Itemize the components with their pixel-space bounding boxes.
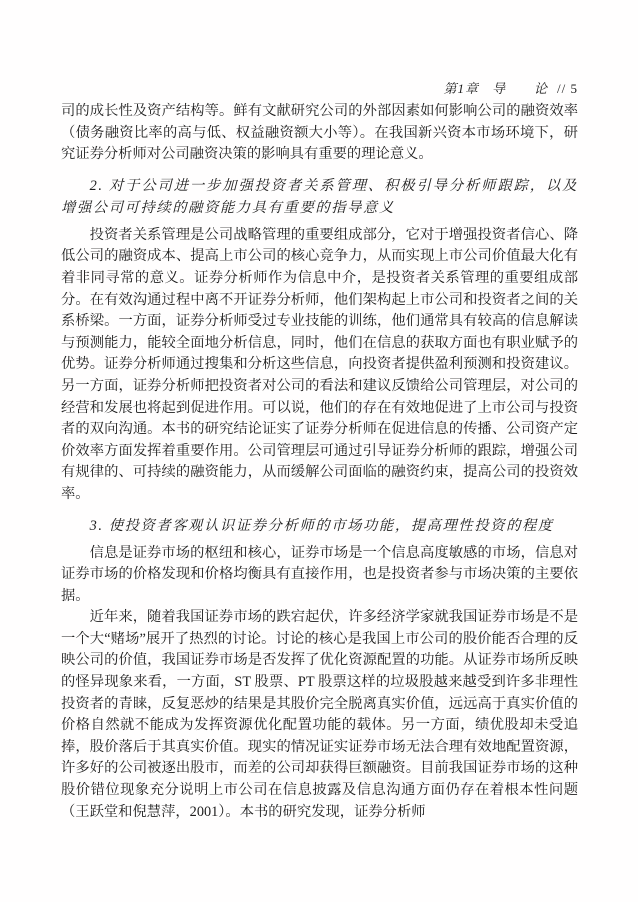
paragraph-market-discussion: 近年来，随着我国证券市场的跌宕起伏，许多经济学家就我国证券市场是不是一个大“赌场… xyxy=(61,607,578,823)
chapter-label: 第1章 xyxy=(443,81,479,96)
section-heading-2: 2. 对于公司进一步加强投资者关系管理、积极引导分析师跟踪，以及增强公司可持续的… xyxy=(61,175,578,219)
page-body: 司的成长性及资产结构等。鲜有文献研究公司的外部因素如何影响公司的融资效率（债务融… xyxy=(61,101,578,823)
page-number: // 5 xyxy=(557,81,578,96)
paragraph-continuation: 司的成长性及资产结构等。鲜有文献研究公司的外部因素如何影响公司的融资效率（债务融… xyxy=(61,101,578,166)
section-title: 导 论 xyxy=(492,81,548,96)
paragraph-investor-relations: 投资者关系管理是公司战略管理的重要组成部分，它对于增强投资者信心、降低公司的融资… xyxy=(61,225,578,506)
paragraph-information-market: 信息是证券市场的枢纽和核心，证券市场是一个信息高度敏感的市场，信息对证券市场的价… xyxy=(61,543,578,608)
book-page: 第1章导 论// 5 司的成长性及资产结构等。鲜有文献研究公司的外部因素如何影响… xyxy=(0,0,638,902)
section-heading-3: 3. 使投资者客观认识证券分析师的市场功能，提高理性投资的程度 xyxy=(61,515,578,537)
